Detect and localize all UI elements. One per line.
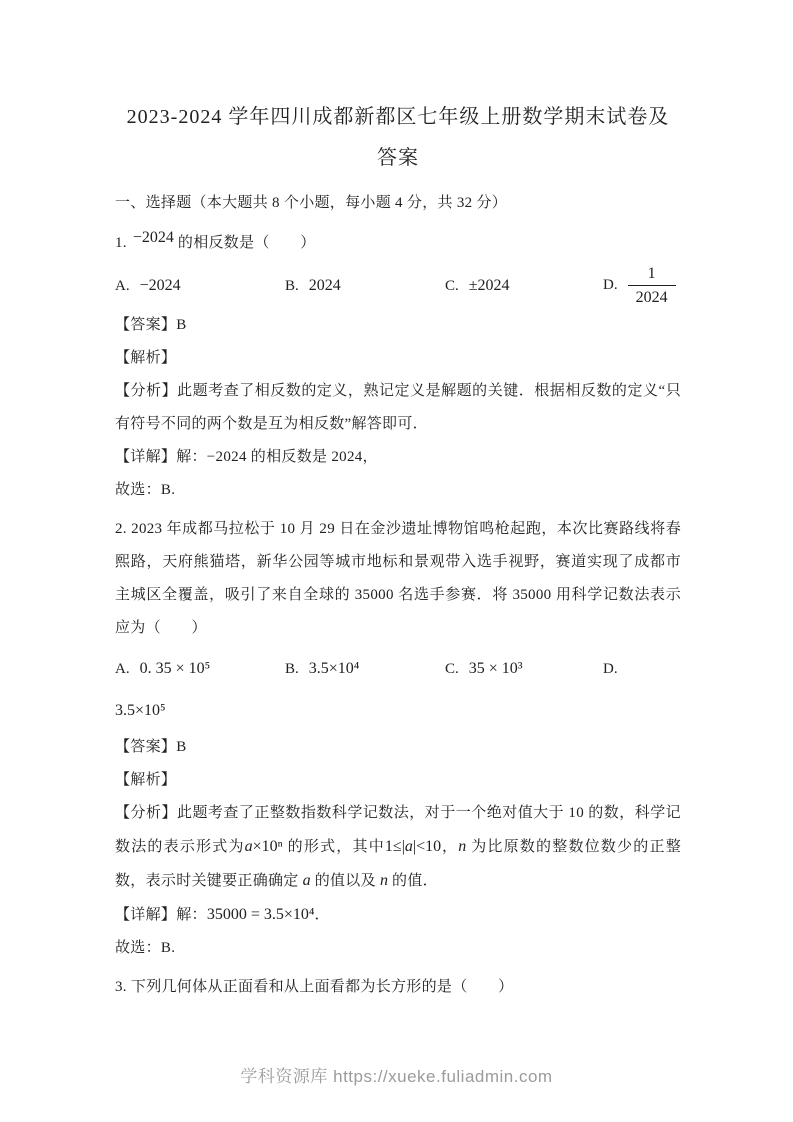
option-value: −2024: [140, 277, 181, 294]
question-1-number: 1.: [115, 235, 127, 251]
option-value: ±2024: [469, 277, 510, 294]
footer-site-text: 学科资源库 https://xueke.fuliadmin.com: [240, 1067, 552, 1086]
fraction-numerator: 1: [628, 262, 676, 285]
question-2-conclusion: 故选：B.: [115, 932, 681, 965]
answer-tag: 【答案】: [115, 739, 176, 755]
option-label: B.: [285, 661, 299, 677]
document-content: 2023-2024 学年四川成都新都区七年级上册数学期末试卷及 答案 一、选择题…: [115, 97, 681, 1004]
question-2-analysis: 【分析】此题考查了正整数指数科学记数法，对于一个绝对值大于 10 的数，科学记数…: [115, 797, 681, 898]
math-scientific-notation: 35000 = 3.5×10⁴: [207, 906, 315, 923]
option-d-wrapped-value: 3.5×10⁵: [115, 702, 166, 719]
option-value: 0. 35 × 10⁵: [140, 660, 211, 677]
math-var-n: n: [380, 872, 388, 889]
question-2-answer: 【答案】B: [115, 731, 681, 764]
math-var-a: a: [405, 838, 413, 855]
question-2-stem: 2. 2023 年成都马拉松于 10 月 29 日在金沙遗址博物馆鸣枪起跑，本次…: [115, 513, 681, 645]
option-value: 2024: [309, 277, 341, 294]
option-label: C.: [445, 278, 459, 294]
option-value: 35 × 10³: [469, 660, 523, 677]
math-inequality-right: |<10: [413, 838, 441, 855]
answer-value: B: [176, 739, 186, 755]
fraction-denominator: 2024: [628, 285, 676, 309]
question-1-options: A.−2024 B.2024 C.±2024 D.12024: [115, 262, 681, 309]
question-1-option-a: A.−2024: [115, 277, 285, 295]
page-title: 2023-2024 学年四川成都新都区七年级上册数学期末试卷及 答案: [115, 97, 681, 179]
option-value: 3.5×10⁴: [309, 660, 360, 677]
question-2-detail: 【详解】解：35000 = 3.5×10⁴．: [115, 898, 681, 932]
answer-tag: 【答案】: [115, 317, 176, 333]
question-1-conclusion: 故选：B.: [115, 474, 681, 507]
question-1-stem: 1.−2024的相反数是（ ）: [115, 226, 681, 260]
question-2-options: A.0. 35 × 10⁵ B.3.5×10⁴ C.35 × 10³ D.: [115, 647, 681, 691]
question-2-option-b: B.3.5×10⁴: [285, 660, 445, 678]
math-ten-power-n: ×10ⁿ: [253, 838, 283, 855]
option-label: A.: [115, 661, 130, 677]
question-2-analysis-label: 【解析】: [115, 764, 681, 797]
question-2-option-c: C.35 × 10³: [445, 660, 603, 678]
title-line-2: 答案: [115, 138, 681, 179]
option-label: B.: [285, 278, 299, 294]
question-1-answer: 【答案】B: [115, 309, 681, 342]
question-1-stem-text: 的相反数是（ ）: [178, 235, 316, 251]
answer-value: B: [176, 317, 186, 333]
math-var-a: a: [245, 838, 253, 855]
option-label: C.: [445, 661, 459, 677]
question-2-option-d: D.: [603, 660, 681, 678]
math-inequality-left: 1≤|: [385, 838, 405, 855]
math-var-a: a: [303, 872, 311, 889]
question-1-analysis-label: 【解析】: [115, 342, 681, 375]
question-2-option-d-value: 3.5×10⁵: [115, 691, 681, 731]
question-1-detail: 【详解】解：−2024 的相反数是 2024，: [115, 441, 681, 474]
document-page: 2023-2024 学年四川成都新都区七年级上册数学期末试卷及 答案 一、选择题…: [0, 0, 793, 1122]
question-1-option-b: B.2024: [285, 277, 445, 295]
question-1-option-c: C.±2024: [445, 277, 603, 295]
option-label: D.: [603, 277, 618, 293]
question-1-option-d: D.12024: [603, 262, 681, 309]
page-footer: 学科资源库 https://xueke.fuliadmin.com: [0, 1062, 793, 1087]
detail-tag: 【详解】解：: [115, 907, 207, 923]
option-label: D.: [603, 661, 618, 677]
fraction-1-over-2024: 12024: [628, 262, 676, 309]
question-1-stem-math: −2024: [133, 229, 174, 246]
option-label: A.: [115, 278, 130, 294]
title-line-1: 2023-2024 学年四川成都新都区七年级上册数学期末试卷及: [115, 97, 681, 138]
question-1-analysis: 【分析】此题考查了相反数的定义，熟记定义是解题的关键．根据相反数的定义“只有符号…: [115, 375, 681, 441]
question-3-stem: 3. 下列几何体从正面看和从上面看都为长方形的是（ ）: [115, 971, 681, 1004]
question-2-option-a: A.0. 35 × 10⁵: [115, 660, 285, 678]
section-heading: 一、选择题（本大题共 8 个小题，每小题 4 分，共 32 分）: [115, 187, 681, 220]
